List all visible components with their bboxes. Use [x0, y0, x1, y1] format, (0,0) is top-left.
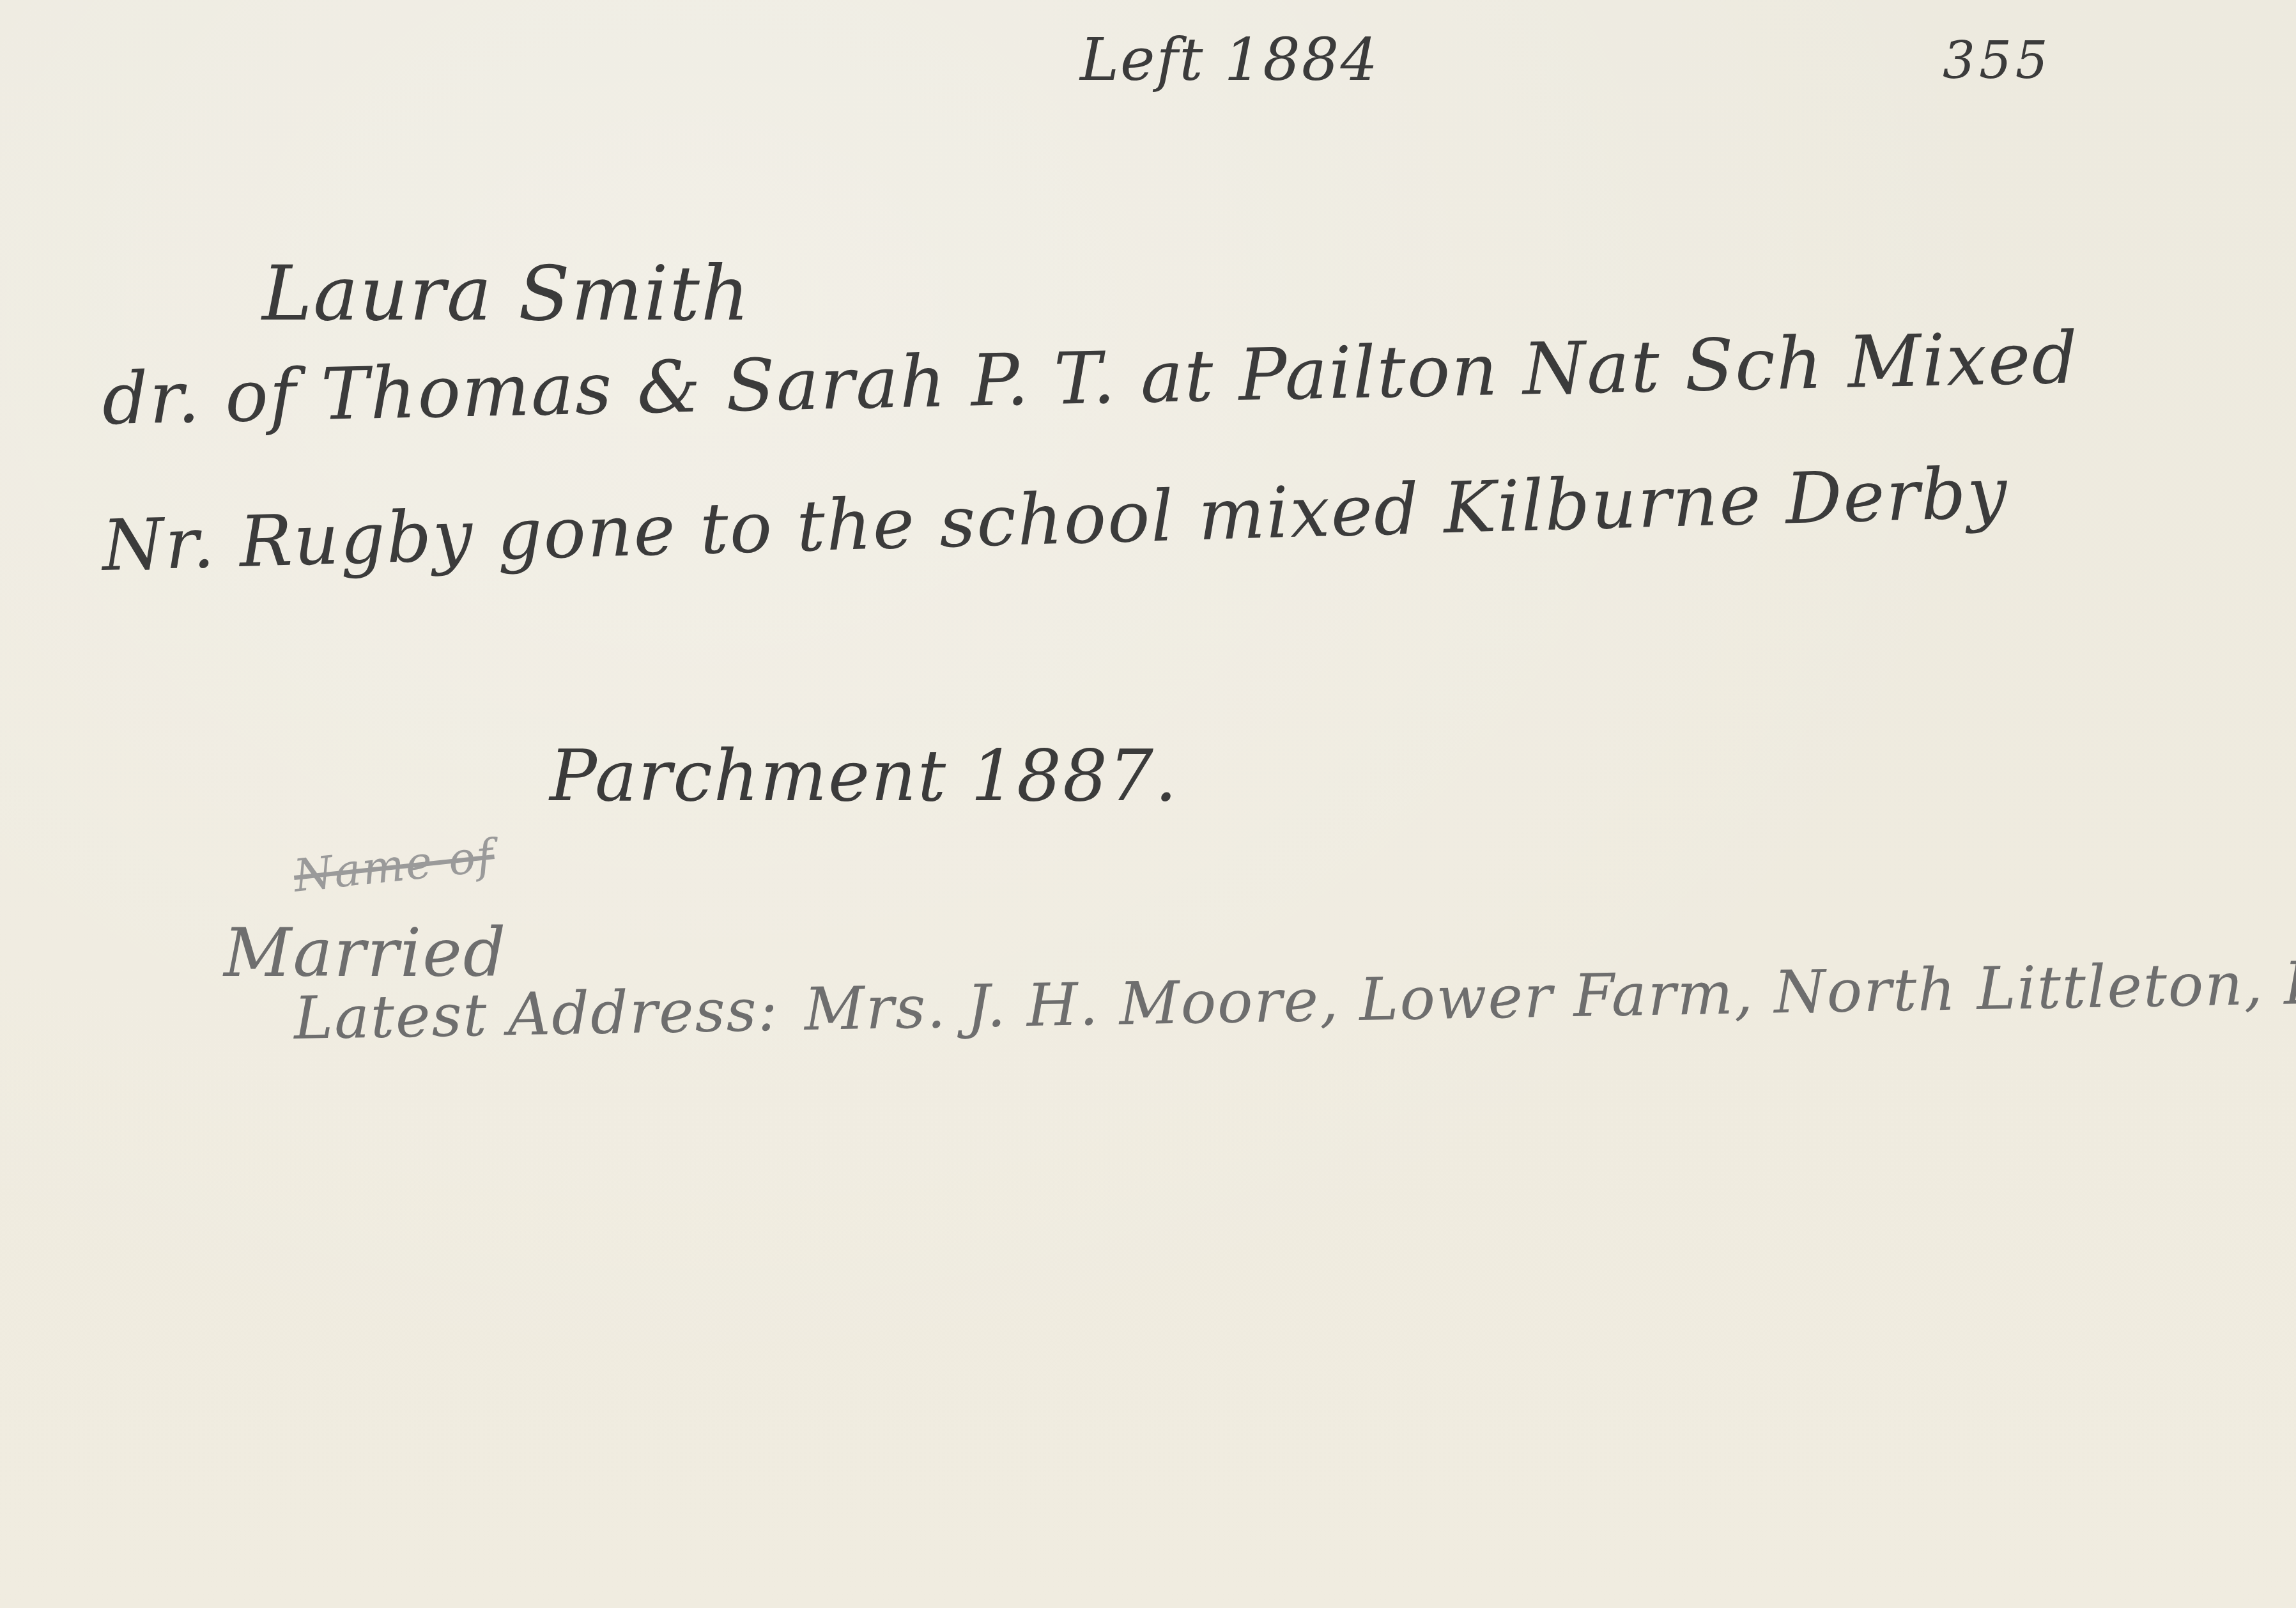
- page-number: 355: [1943, 31, 2052, 90]
- register-page: Left 1884 355 Laura Smith dr. of Thomas …: [0, 0, 2296, 1608]
- marital-status: Married: [224, 914, 507, 992]
- latest-address-line: Latest Address:Mrs. J. H. Moore, Lower F…: [293, 944, 2296, 1052]
- parchment-note: Parchment 1887.: [550, 735, 1178, 817]
- address-value: Mrs. J. H. Moore, Lower Farm, North Litt…: [804, 944, 2296, 1044]
- struck-pencil-note: Name of: [291, 829, 497, 902]
- address-label: Latest Address:: [293, 976, 780, 1053]
- location-and-transfer-line: Nr. Rugby gone to the school mixed Kilbu…: [101, 452, 2009, 587]
- left-year-heading: Left 1884: [1080, 26, 1379, 94]
- pupil-name: Laura Smith: [262, 249, 751, 337]
